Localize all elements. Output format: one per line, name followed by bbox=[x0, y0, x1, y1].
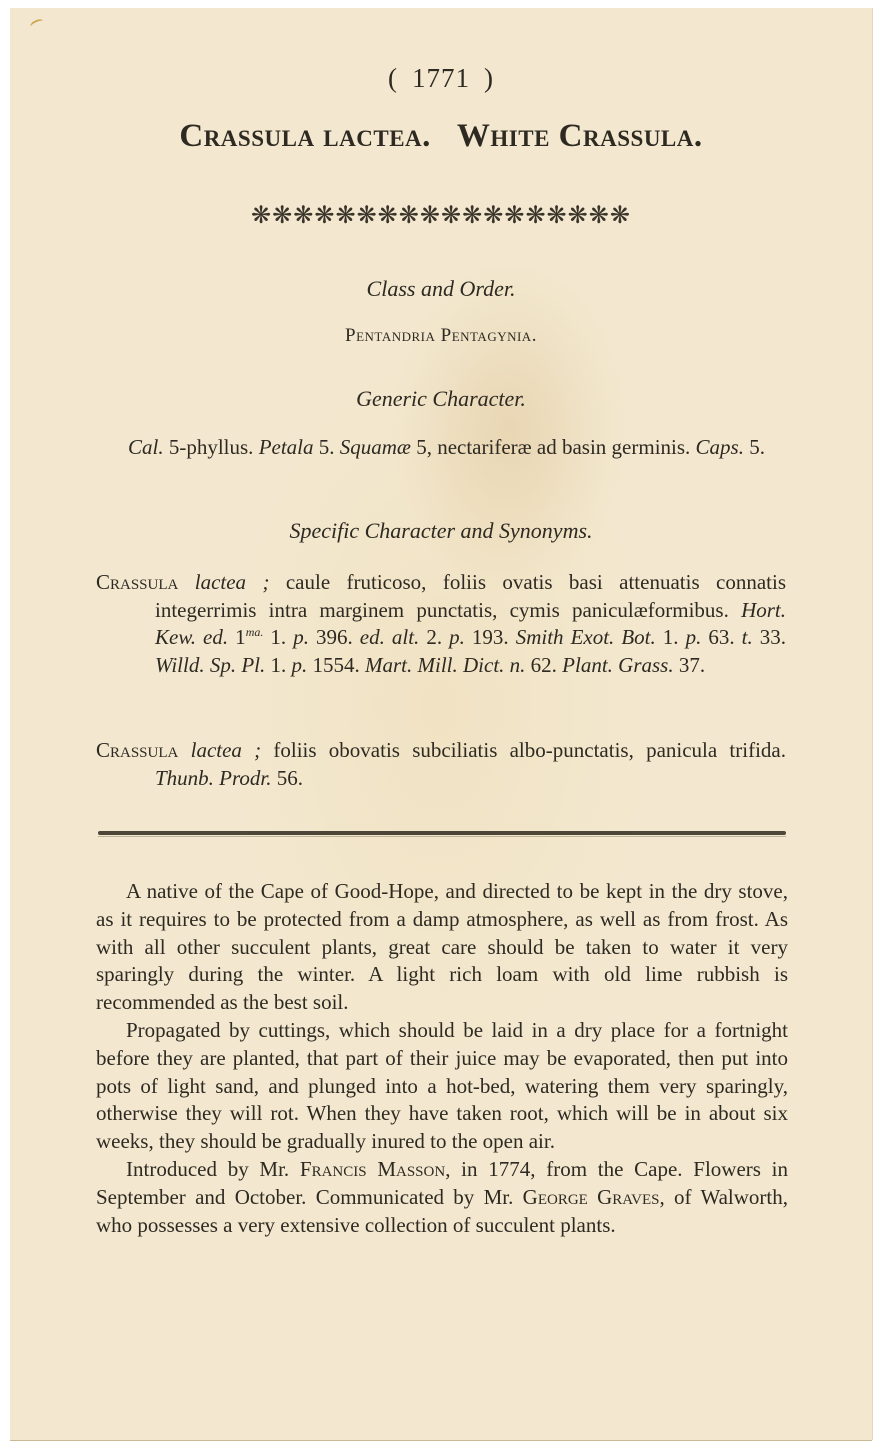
ref-text: 1554. bbox=[307, 653, 365, 677]
generic-character-text: Cal. 5-phyllus. Petala 5. Squamæ 5, nect… bbox=[96, 434, 786, 462]
page-number: (1771) bbox=[10, 63, 872, 94]
body-text: A native of the Cape of Good-Hope, and d… bbox=[96, 878, 788, 1239]
synonym-species: lactea ; bbox=[191, 738, 262, 762]
specific-character-heading: Specific Character and Synonyms. bbox=[10, 518, 872, 544]
page-number-value: 1771 bbox=[412, 63, 470, 93]
ornament-divider: ❋❋❋❋❋❋❋❋❋❋❋❋❋❋❋❋❋❋ bbox=[10, 201, 872, 230]
ref-text: 62. bbox=[525, 653, 562, 677]
text-segment: 5. bbox=[314, 435, 340, 459]
synonym-genus: Crassula bbox=[96, 570, 178, 594]
page-title: Crassula lactea.White Crassula. bbox=[10, 118, 872, 155]
synonym-entry: Crassula lactea ; foliis obovatis subcil… bbox=[96, 737, 786, 792]
text-segment: 5. bbox=[744, 435, 765, 459]
ref-text: 1 bbox=[228, 625, 246, 649]
ref-text: 1. bbox=[656, 625, 686, 649]
ref-title: ed. alt. bbox=[360, 625, 420, 649]
ref-text: 1. bbox=[263, 625, 293, 649]
class-order-value: Pentandria Pentagynia. bbox=[10, 325, 872, 347]
text-segment: 5-phyllus. bbox=[164, 435, 259, 459]
body-paragraph: Introduced by Mr. Francis Masson, in 177… bbox=[96, 1156, 788, 1239]
ref-title: n. bbox=[510, 653, 526, 677]
ref-title: Mart. Mill. Dict. bbox=[365, 653, 504, 677]
ref-text: 37. bbox=[674, 653, 706, 677]
person-name: Francis Masson bbox=[300, 1157, 445, 1181]
ref-text: 396. bbox=[309, 625, 360, 649]
paren-open: ( bbox=[388, 63, 398, 94]
ref-text: 193. bbox=[465, 625, 516, 649]
title-common: White Crassula. bbox=[457, 118, 703, 154]
synonym-description: foliis obovatis subciliatis albo-punctat… bbox=[261, 738, 786, 762]
synonym-species: lactea ; bbox=[195, 570, 270, 594]
ref-text: 33. bbox=[753, 625, 786, 649]
ref-text: 56. bbox=[272, 766, 304, 790]
ref-title: t. bbox=[742, 625, 753, 649]
horizontal-rule bbox=[98, 831, 786, 835]
term-caps: Caps. bbox=[696, 435, 744, 459]
person-name: George Graves bbox=[523, 1185, 660, 1209]
horizontal-rule-shadow bbox=[98, 836, 786, 837]
ref-title: p. bbox=[686, 625, 702, 649]
class-order-heading: Class and Order. bbox=[10, 276, 872, 302]
synonym-entry: Crassula lactea ; caule fruticoso, folii… bbox=[96, 569, 786, 679]
ref-text: 63. bbox=[701, 625, 741, 649]
ref-text: 1. bbox=[265, 653, 291, 677]
ink-mark bbox=[29, 17, 45, 30]
ref-title: Smith Exot. Bot. bbox=[516, 625, 656, 649]
ref-text: 2. bbox=[419, 625, 449, 649]
title-latin: Crassula lactea. bbox=[179, 118, 431, 154]
ref-title: p. bbox=[449, 625, 465, 649]
generic-character-heading: Generic Character. bbox=[10, 386, 872, 412]
ref-title: Thunb. Prodr. bbox=[155, 766, 272, 790]
term-petala: Petala bbox=[259, 435, 314, 459]
synonym-genus: Crassula bbox=[96, 738, 178, 762]
document-page: (1771) Crassula lactea.White Crassula. ❋… bbox=[10, 8, 872, 1440]
text-segment: Introduced by Mr. bbox=[126, 1157, 300, 1181]
paren-close: ) bbox=[484, 63, 494, 94]
body-paragraph: Propagated by cuttings, which should be … bbox=[96, 1017, 788, 1156]
text-segment: 5, nectariferæ ad basin germinis. bbox=[411, 435, 696, 459]
term-squamae: Squamæ bbox=[340, 435, 411, 459]
ref-title: p. bbox=[293, 625, 309, 649]
ref-title: p. bbox=[292, 653, 308, 677]
ref-title: Willd. Sp. Pl. bbox=[155, 653, 265, 677]
body-paragraph: A native of the Cape of Good-Hope, and d… bbox=[96, 878, 788, 1017]
ref-title: Plant. Grass. bbox=[562, 653, 673, 677]
ref-superscript: ma. bbox=[246, 625, 264, 639]
term-cal: Cal. bbox=[128, 435, 164, 459]
